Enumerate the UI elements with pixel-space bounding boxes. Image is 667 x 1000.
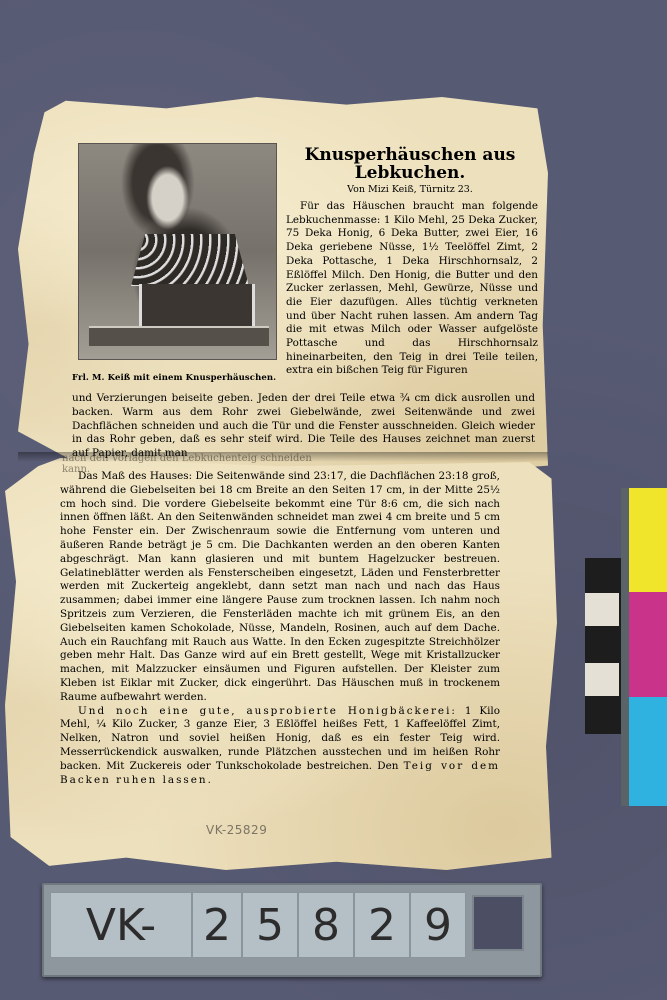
- article-byline: Von Mizi Keiß, Türnitz 23.: [284, 184, 536, 195]
- color-patch-magenta: [629, 592, 667, 697]
- label-slot-digit: 9: [410, 892, 466, 958]
- grayscale-reference-scale: [585, 558, 621, 734]
- color-patch-yellow: [629, 488, 667, 592]
- label-slot-digit: 2: [192, 892, 242, 958]
- label-slot-digit: 5: [242, 892, 298, 958]
- label-empty-slot: [472, 895, 524, 951]
- pencil-inventory-mark: VK-25829: [206, 823, 267, 837]
- photo-caption: Frl. M. Keiß mit einem Knusperhäuschen.: [72, 373, 282, 383]
- label-slot-digit: 8: [298, 892, 354, 958]
- scale-white-band: [585, 593, 619, 626]
- paragraph-ingredients: Für das Häuschen braucht man folgende Le…: [286, 200, 538, 378]
- gingerbread-roof: [131, 234, 249, 286]
- color-patch-cyan: [629, 697, 667, 806]
- paragraph-honey: Und noch eine gute, ausprobierte Honigbä…: [60, 705, 500, 788]
- article-body-bottom: Das Maß des Hauses: Die Seitenwände sind…: [60, 470, 500, 787]
- photo-woman-gingerbread-house: [78, 143, 277, 360]
- article-column-right: Für das Häuschen braucht man folgende Le…: [286, 200, 538, 378]
- paragraph-continuation: und Verzierungen beiseite geben. Jeden d…: [72, 392, 535, 461]
- museum-number-label: VK- 2 5 8 2 9: [42, 883, 542, 977]
- honey-intro: Und noch eine gute, ausprobierte Honigbä…: [78, 705, 457, 717]
- gingerbread-house-base: [89, 326, 269, 346]
- paragraph-measurements: Das Maß des Hauses: Die Seitenwände sind…: [60, 470, 500, 705]
- label-slot-prefix: VK-: [50, 892, 192, 958]
- article-title: Knusperhäuschen aus Lebkuchen.: [284, 146, 536, 182]
- label-slot-digit: 2: [354, 892, 410, 958]
- color-reference-card: [621, 488, 667, 806]
- scale-white-band: [585, 663, 619, 696]
